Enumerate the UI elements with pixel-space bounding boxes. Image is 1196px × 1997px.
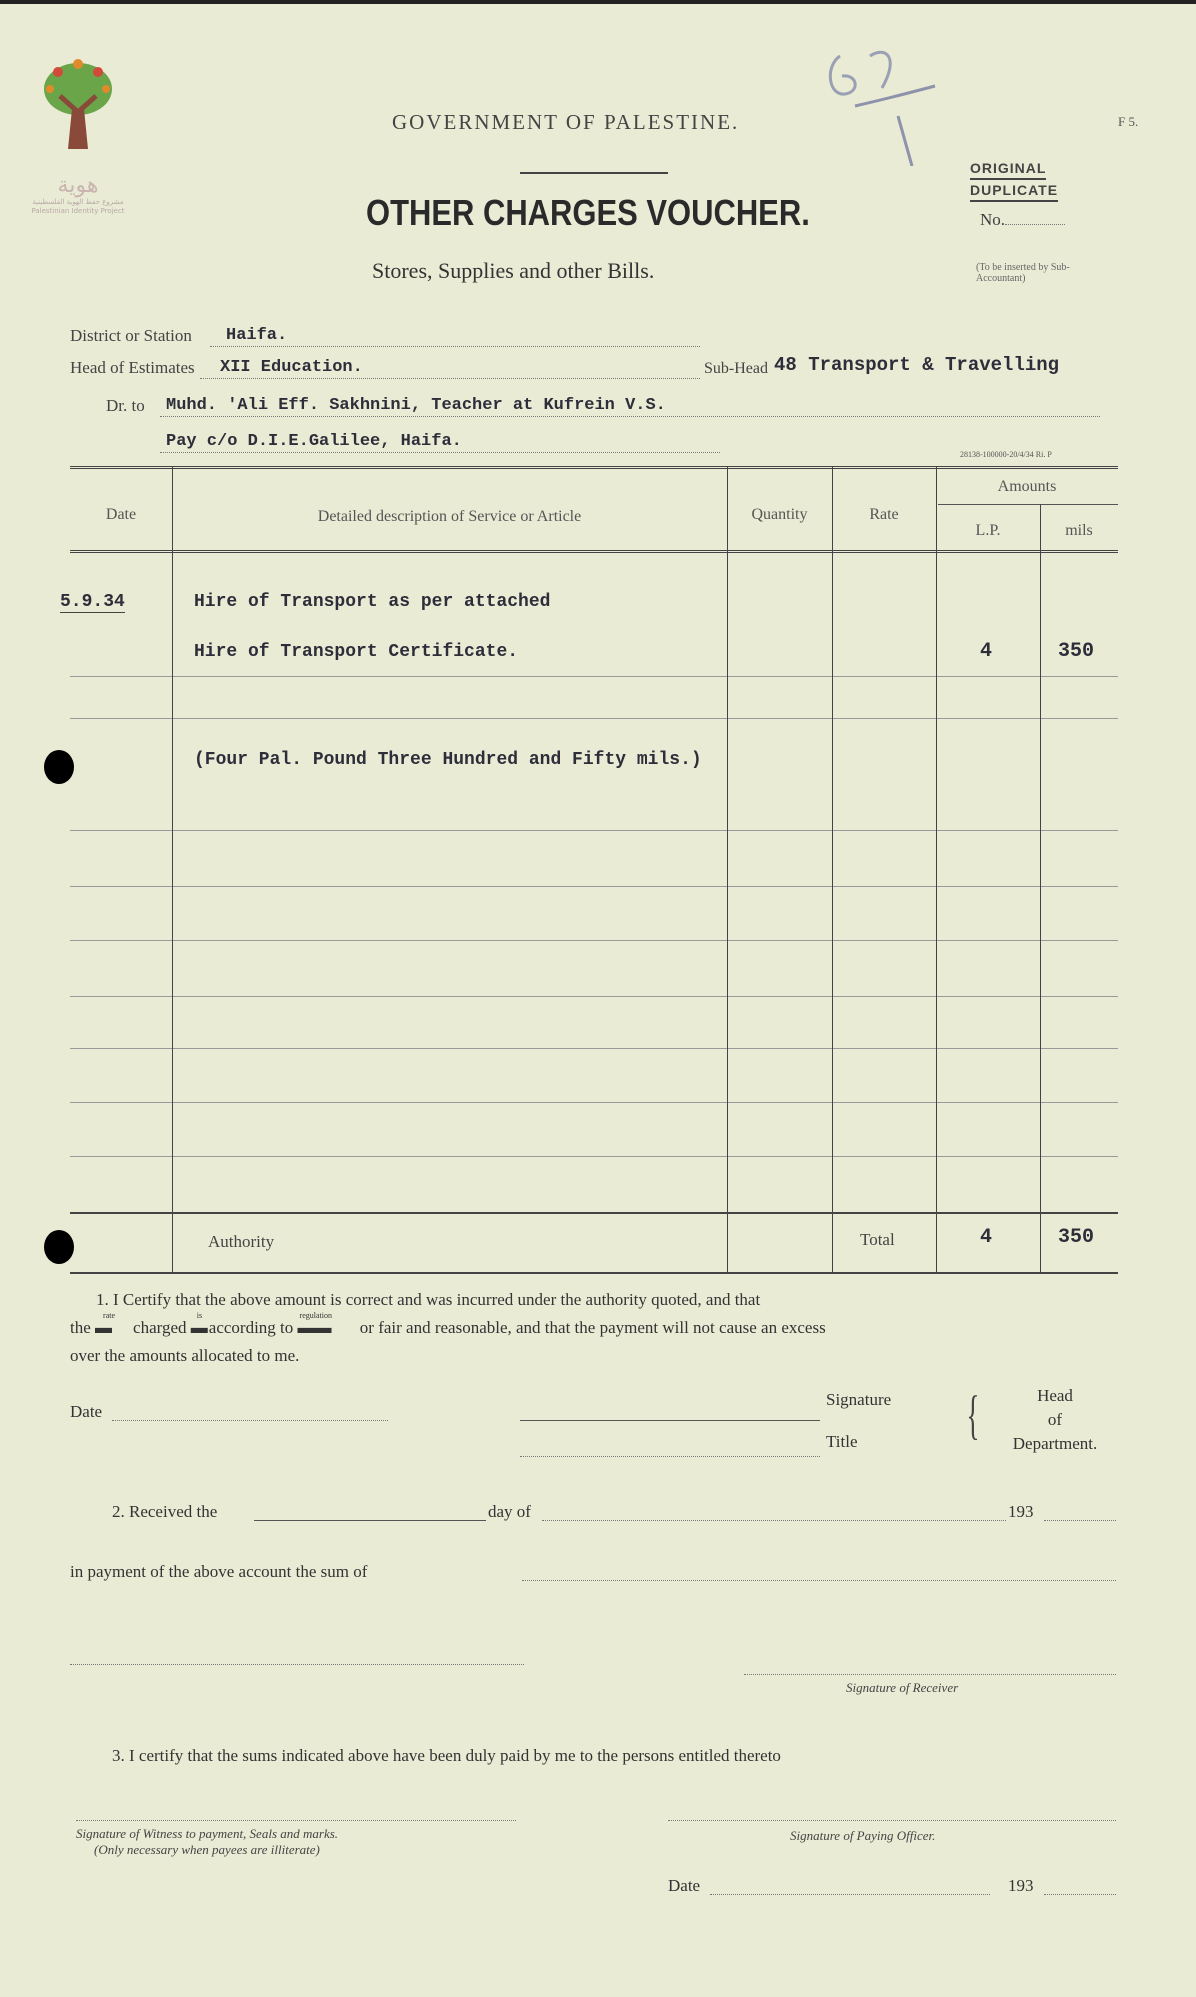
- tree-logo: هوية مشروع حفظ الهوية الفلسطينية Palesti…: [28, 54, 128, 244]
- col-lp: L.P.: [936, 522, 1040, 540]
- no-field[interactable]: [1005, 224, 1065, 225]
- received-year: 193: [1008, 1498, 1034, 1526]
- divider: [520, 172, 668, 174]
- no-note: (To be inserted by Sub-Accountant): [976, 262, 1116, 284]
- punch-hole: [44, 750, 74, 784]
- row2-mils: 350: [1058, 640, 1094, 663]
- paid-year-field[interactable]: [1044, 1874, 1116, 1895]
- pay-value: Pay c/o D.I.E.Galilee, Haifa.: [166, 432, 462, 451]
- head-label: Head of Estimates: [70, 358, 195, 378]
- voucher-page: هوية مشروع حفظ الهوية الفلسطينية Palesti…: [0, 0, 1196, 1997]
- tree-icon: [38, 54, 118, 154]
- handwritten-number: [820, 26, 940, 166]
- receiver-left-field[interactable]: [70, 1644, 524, 1665]
- copy-type: ORIGINAL DUPLICATE: [970, 158, 1058, 202]
- signature-field[interactable]: [520, 1400, 820, 1421]
- head-value: XII Education.: [220, 358, 363, 377]
- charges-table: Date Detailed description of Service or …: [70, 466, 1118, 1274]
- head-of-department: Head of Department.: [1000, 1384, 1110, 1456]
- page-title: OTHER CHARGES VOUCHER.: [366, 192, 810, 234]
- brace: {: [966, 1384, 979, 1446]
- dr-value: Muhd. 'Ali Eff. Sakhnini, Teacher at Kuf…: [166, 396, 666, 415]
- punch-hole: [44, 1230, 74, 1264]
- paid-date-label: Date: [668, 1872, 700, 1900]
- payment-sum-field[interactable]: [522, 1560, 1116, 1581]
- authority-label: Authority: [208, 1232, 274, 1252]
- government-heading: GOVERNMENT OF PALESTINE.: [392, 110, 739, 135]
- col-quantity: Quantity: [727, 506, 832, 524]
- row1-date: 5.9.34: [60, 592, 125, 613]
- received-day-field[interactable]: [254, 1500, 486, 1521]
- day-of-label: day of: [488, 1498, 531, 1526]
- witness-note: (Only necessary when payees are illitera…: [94, 1842, 320, 1858]
- certify-line2: the rate▬charged is▬according to regulat…: [70, 1314, 1130, 1342]
- form-code: F 5.: [1118, 114, 1138, 130]
- receiver-signature-field[interactable]: [744, 1654, 1116, 1675]
- paying-officer-label: Signature of Paying Officer.: [790, 1828, 935, 1844]
- logo-caption-en: Palestinian Identity Project: [28, 207, 128, 216]
- paid-certify: 3. I certify that the sums indicated abo…: [112, 1742, 781, 1770]
- certify-date-label: Date: [70, 1398, 102, 1426]
- voucher-number: No.: [980, 210, 1065, 230]
- duplicate-label: DUPLICATE: [970, 180, 1058, 202]
- original-label: ORIGINAL: [970, 158, 1046, 180]
- logo-arabic: هوية: [28, 172, 128, 198]
- print-code: 28138-100000-20/4/34 Ri. P: [960, 450, 1052, 459]
- total-lp: 4: [980, 1226, 992, 1249]
- witness-signature-field[interactable]: [76, 1808, 516, 1821]
- col-mils: mils: [1040, 522, 1118, 540]
- certify-date-field[interactable]: [112, 1400, 388, 1421]
- page-subtitle: Stores, Supplies and other Bills.: [372, 258, 654, 284]
- payment-sum-label: in payment of the above account the sum …: [70, 1558, 367, 1586]
- signature-label: Signature: [826, 1386, 891, 1414]
- row2-description: Hire of Transport Certificate.: [194, 642, 518, 662]
- certify-line1: 1. I Certify that the above amount is co…: [96, 1286, 1126, 1314]
- col-rate: Rate: [832, 506, 936, 524]
- row2-lp: 4: [980, 640, 992, 663]
- paid-year: 193: [1008, 1872, 1034, 1900]
- total-mils: 350: [1058, 1226, 1094, 1249]
- dr-label: Dr. to: [106, 396, 145, 416]
- subhead-label: Sub-Head: [704, 360, 768, 378]
- received-the-label: 2. Received the: [112, 1498, 217, 1526]
- total-label: Total: [860, 1230, 895, 1250]
- district-value: Haifa.: [226, 326, 287, 345]
- received-year-field[interactable]: [1044, 1500, 1116, 1521]
- amount-in-words: (Four Pal. Pound Three Hundred and Fifty…: [194, 750, 702, 770]
- subhead-value: 48 Transport & Travelling: [774, 354, 1059, 376]
- title-field[interactable]: [520, 1436, 820, 1457]
- row1-description: Hire of Transport as per attached: [194, 592, 550, 612]
- received-month-field[interactable]: [542, 1500, 1006, 1521]
- col-date: Date: [70, 506, 172, 524]
- receiver-signature-label: Signature of Receiver: [846, 1680, 958, 1696]
- paying-officer-field[interactable]: [668, 1808, 1116, 1821]
- col-description: Detailed description of Service or Artic…: [172, 508, 727, 526]
- col-amounts: Amounts: [936, 478, 1118, 496]
- head-field[interactable]: XII Education.: [200, 358, 700, 379]
- paid-date-field[interactable]: [710, 1874, 990, 1895]
- pay-field[interactable]: Pay c/o D.I.E.Galilee, Haifa.: [160, 432, 720, 453]
- logo-caption: مشروع حفظ الهوية الفلسطينية: [28, 198, 128, 207]
- title-label: Title: [826, 1428, 858, 1456]
- no-label: No.: [980, 210, 1005, 229]
- district-label: District or Station: [70, 326, 192, 346]
- witness-signature-label: Signature of Witness to payment, Seals a…: [76, 1826, 338, 1842]
- certify-line3: over the amounts allocated to me.: [70, 1342, 299, 1370]
- dr-field[interactable]: Muhd. 'Ali Eff. Sakhnini, Teacher at Kuf…: [160, 396, 1100, 417]
- district-field[interactable]: Haifa.: [210, 326, 700, 347]
